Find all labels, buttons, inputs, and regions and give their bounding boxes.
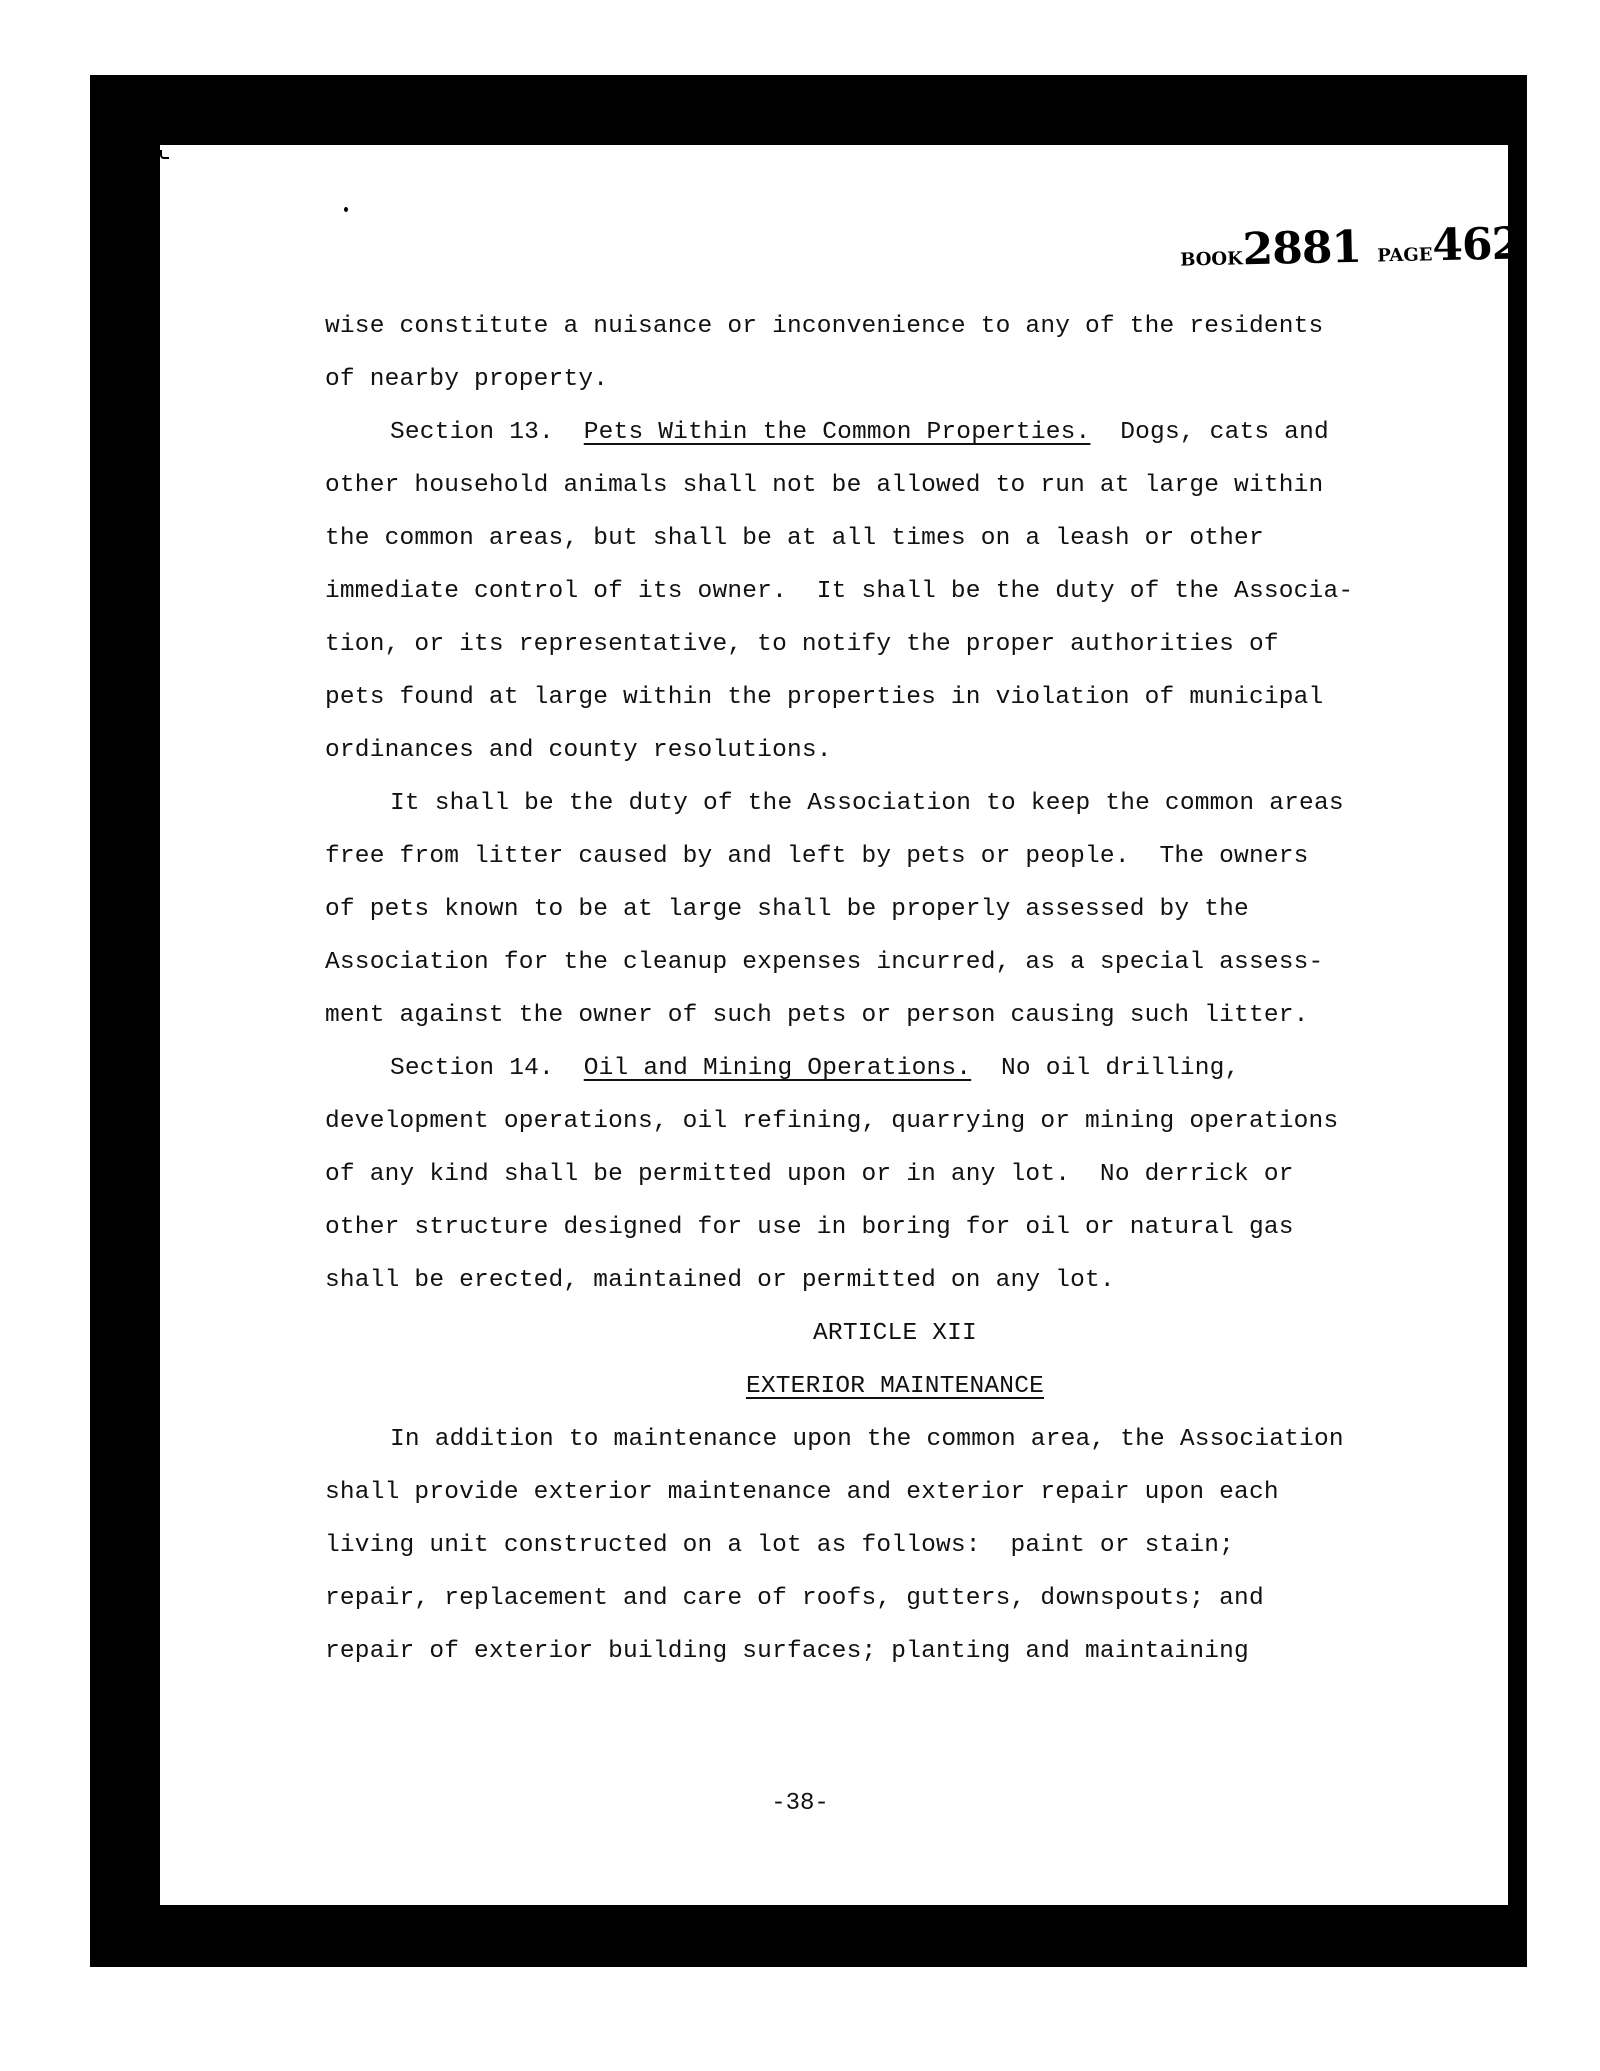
text-line: of pets known to be at large shall be pr… bbox=[325, 883, 1465, 936]
text-line: living unit constructed on a lot as foll… bbox=[325, 1519, 1465, 1572]
text-line: Association for the cleanup expenses inc… bbox=[325, 936, 1465, 989]
text-line: repair, replacement and care of roofs, g… bbox=[325, 1572, 1465, 1625]
section-number: Section 13. bbox=[390, 419, 554, 446]
text-fragment: No oil drilling, bbox=[1001, 1055, 1239, 1082]
scan-speck bbox=[344, 207, 348, 212]
article-heading: ARTICLE XII bbox=[325, 1307, 1465, 1360]
text-line: of any kind shall be permitted upon or i… bbox=[325, 1148, 1465, 1201]
text-line: the common areas, but shall be at all ti… bbox=[325, 512, 1465, 565]
document-body: wise constitute a nuisance or inconvenie… bbox=[325, 300, 1465, 1678]
book-number: 2881 bbox=[1242, 222, 1362, 275]
text-fragment: Dogs, cats and bbox=[1120, 419, 1329, 446]
page-number-stamp: 462 bbox=[1432, 218, 1522, 271]
recording-stamp: BOOK2881PAGE462 bbox=[1180, 218, 1522, 276]
book-label: BOOK bbox=[1180, 248, 1243, 270]
text-line: other structure designed for use in bori… bbox=[325, 1201, 1465, 1254]
text-line: In addition to maintenance upon the comm… bbox=[325, 1413, 1465, 1466]
section-number: Section 14. bbox=[390, 1055, 554, 1082]
page-label: PAGE bbox=[1377, 244, 1433, 266]
text-line: ment against the owner of such pets or p… bbox=[325, 989, 1465, 1042]
text-line: pets found at large within the propertie… bbox=[325, 671, 1465, 724]
page-footer-number: -38- bbox=[0, 1790, 1600, 1817]
text-line: wise constitute a nuisance or inconvenie… bbox=[325, 300, 1465, 353]
text-line: shall provide exterior maintenance and e… bbox=[325, 1466, 1465, 1519]
text-line: development operations, oil refining, qu… bbox=[325, 1095, 1465, 1148]
section-14-heading-line: Section 14. Oil and Mining Operations. N… bbox=[325, 1042, 1465, 1095]
text-line: other household animals shall not be all… bbox=[325, 459, 1465, 512]
text-line: tion, or its representative, to notify t… bbox=[325, 618, 1465, 671]
text-line: free from litter caused by and left by p… bbox=[325, 830, 1465, 883]
text-line: ordinances and county resolutions. bbox=[325, 724, 1465, 777]
text-line: shall be erected, maintained or permitte… bbox=[325, 1254, 1465, 1307]
scan-artifact bbox=[160, 150, 169, 159]
section-title: Pets Within the Common Properties. bbox=[584, 419, 1091, 446]
text-line: It shall be the duty of the Association … bbox=[325, 777, 1465, 830]
section-title: Oil and Mining Operations. bbox=[584, 1055, 971, 1082]
section-13-heading-line: Section 13. Pets Within the Common Prope… bbox=[325, 406, 1465, 459]
text-line: of nearby property. bbox=[325, 353, 1465, 406]
article-title: EXTERIOR MAINTENANCE bbox=[746, 1373, 1044, 1400]
article-title-line: EXTERIOR MAINTENANCE bbox=[325, 1360, 1465, 1413]
text-line: immediate control of its owner. It shall… bbox=[325, 565, 1465, 618]
text-line: repair of exterior building surfaces; pl… bbox=[325, 1625, 1465, 1678]
